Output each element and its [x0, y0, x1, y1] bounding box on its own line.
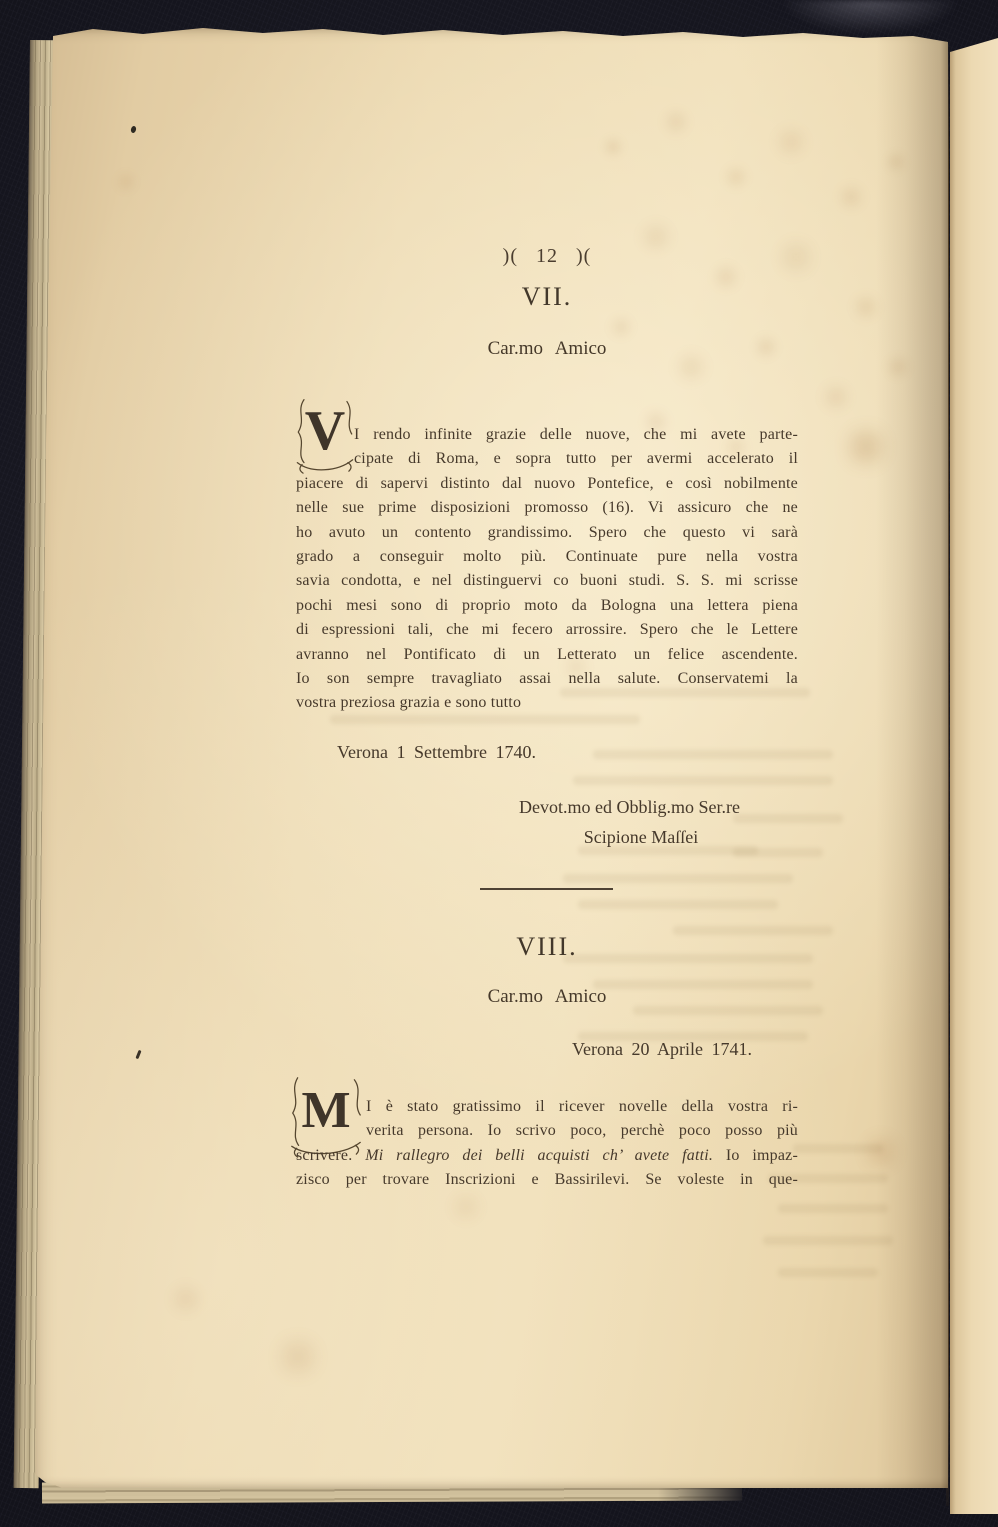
body-line: vostra preziosa grazia e sono tutto: [296, 691, 798, 715]
printed-text-layer: )(12)( VII. Car.mo Amico V I rendo i: [33, 24, 948, 1488]
body-line: pochi mesi sono di proprio moto da Bolog…: [296, 594, 798, 618]
folio-right-bracket: )(: [576, 245, 591, 267]
body-line: piacere di sapervi distinto dal nuovo Po…: [296, 472, 798, 496]
body-line: savia condotta, e nel distinguervi co bu…: [296, 569, 798, 593]
letter-vii-heading: VII.: [296, 282, 798, 312]
book-page: )(12)( VII. Car.mo Amico V I rendo i: [33, 24, 948, 1488]
letter-vii-dateline: Verona 1 Settembre 1740.: [337, 742, 536, 763]
body-line: verita persona. Io scrivo poco, perchè p…: [296, 1119, 798, 1143]
body-line: grado a conseguir molto più. Continuate …: [296, 545, 798, 569]
body-text-segment: scrivere.: [296, 1147, 365, 1164]
body-line: zisco per trovare Inscrizioni e Bassiril…: [296, 1168, 798, 1192]
body-line: I rendo infinite grazie delle nuove, che…: [296, 423, 798, 447]
body-line: avranno nel Pontificato di un Letterato …: [296, 643, 798, 667]
body-line: scrivere. Mi rallegro dei belli acquisti…: [296, 1144, 798, 1168]
letter-viii-heading: VIII.: [296, 932, 798, 962]
folio-header: )(12)(: [296, 245, 798, 268]
page-number: 12: [536, 245, 558, 267]
section-divider: [480, 888, 613, 890]
body-text-segment: Io impaz-: [713, 1147, 798, 1164]
signature: Scipione Maſſei: [519, 822, 763, 852]
letter-viii-body: I è stato gratissimo il ricever novelle …: [296, 1095, 798, 1193]
body-line: cipate di Roma, e sopra tutto per avermi…: [296, 447, 798, 471]
body-line: I è stato gratissimo il ricever novelle …: [296, 1095, 798, 1119]
body-line: Io son sempre travagliato assai nella sa…: [296, 667, 798, 691]
letter-viii-salutation: Car.mo Amico: [296, 986, 798, 1008]
facing-page-edge: [950, 38, 998, 1514]
valediction-line: Devot.mo ed Obblig.mo Ser.re: [519, 792, 763, 822]
folio-left-bracket: )(: [503, 245, 518, 267]
letter-vii-valediction: Devot.mo ed Obblig.mo Ser.re Scipione Ma…: [519, 792, 763, 852]
book-photo: )(12)( VII. Car.mo Amico V I rendo i: [0, 0, 998, 1527]
letter-viii-dateline: Verona 20 Aprile 1741.: [572, 1039, 752, 1060]
foxing-stains: [33, 24, 39, 30]
letter-vii-salutation: Car.mo Amico: [296, 338, 798, 360]
body-line: nelle sue prime disposizioni promosso (1…: [296, 496, 798, 520]
body-line: di espressioni tali, che mi fecero arros…: [296, 618, 798, 642]
letter-vii-body: I rendo infinite grazie delle nuove, che…: [296, 423, 798, 716]
body-line: ho avuto un contento grandissimo. Spero …: [296, 521, 798, 545]
italic-phrase: Mi rallegro dei belli acquisti ch’ avete…: [365, 1147, 713, 1164]
